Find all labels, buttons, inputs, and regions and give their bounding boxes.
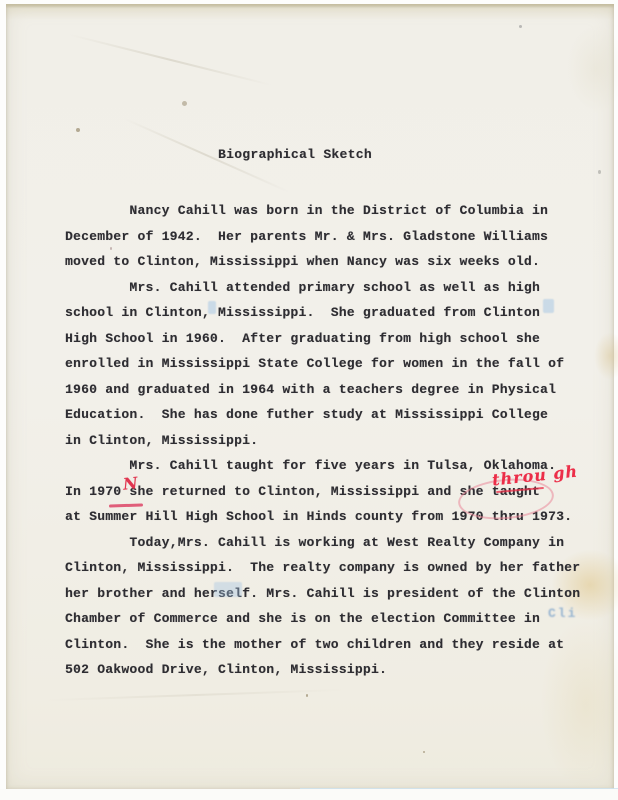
erased-text: Cli: [548, 606, 577, 621]
text-line: 1960 and graduated in 1964 with a teache…: [65, 377, 580, 403]
paper-crease: [46, 689, 346, 701]
scanned-document-page: Biographical Sketch Nancy Cahill was bor…: [0, 0, 618, 800]
paper-speck: [76, 128, 80, 132]
handwritten-insertion-letter: N: [122, 473, 139, 493]
text-line: moved to Clinton, Mississippi when Nancy…: [65, 249, 580, 275]
text-line: December of 1942. Her parents Mr. & Mrs.…: [65, 224, 580, 250]
paper-speck: [519, 25, 522, 28]
text-line: Clinton, Mississippi. The realty company…: [65, 555, 580, 581]
document-title: Biographical Sketch: [218, 147, 372, 162]
erased-text-highlight: [214, 582, 242, 597]
text-line: Nancy Cahill was born in the District of…: [65, 198, 580, 224]
paper-speck: [182, 101, 187, 106]
paper-speck: [423, 751, 425, 753]
paper-stain: [566, 24, 618, 114]
erased-character-mark: [208, 301, 216, 314]
paper-crease: [69, 34, 273, 86]
erased-character-mark: [543, 299, 554, 313]
text-line: Clinton. She is the mother of two childr…: [65, 632, 580, 658]
paper-stain: [594, 332, 618, 380]
text-line: Mrs. Cahill attended primary school as w…: [65, 275, 580, 301]
text-line: in Clinton, Mississippi.: [65, 428, 580, 454]
text-line: Chamber of Commerce and she is on the el…: [65, 606, 580, 632]
text-line: her brother and herself. Mrs. Cahill is …: [65, 581, 580, 607]
text-line: school in Clinton, Mississippi. She grad…: [65, 300, 580, 326]
text-line: 502 Oakwood Drive, Clinton, Mississippi.: [65, 657, 580, 683]
scanner-edge-strip: [0, 789, 618, 800]
paper-speck: [306, 694, 308, 697]
text-line: enrolled in Mississippi State College fo…: [65, 351, 580, 377]
paper-speck: [598, 170, 601, 174]
document-text: Nancy Cahill was born in the District of…: [65, 198, 580, 683]
text-line: Today,Mrs. Cahill is working at West Rea…: [65, 530, 580, 556]
text-line: High School in 1960. After graduating fr…: [65, 326, 580, 352]
text-line: Education. She has done futher study at …: [65, 402, 580, 428]
